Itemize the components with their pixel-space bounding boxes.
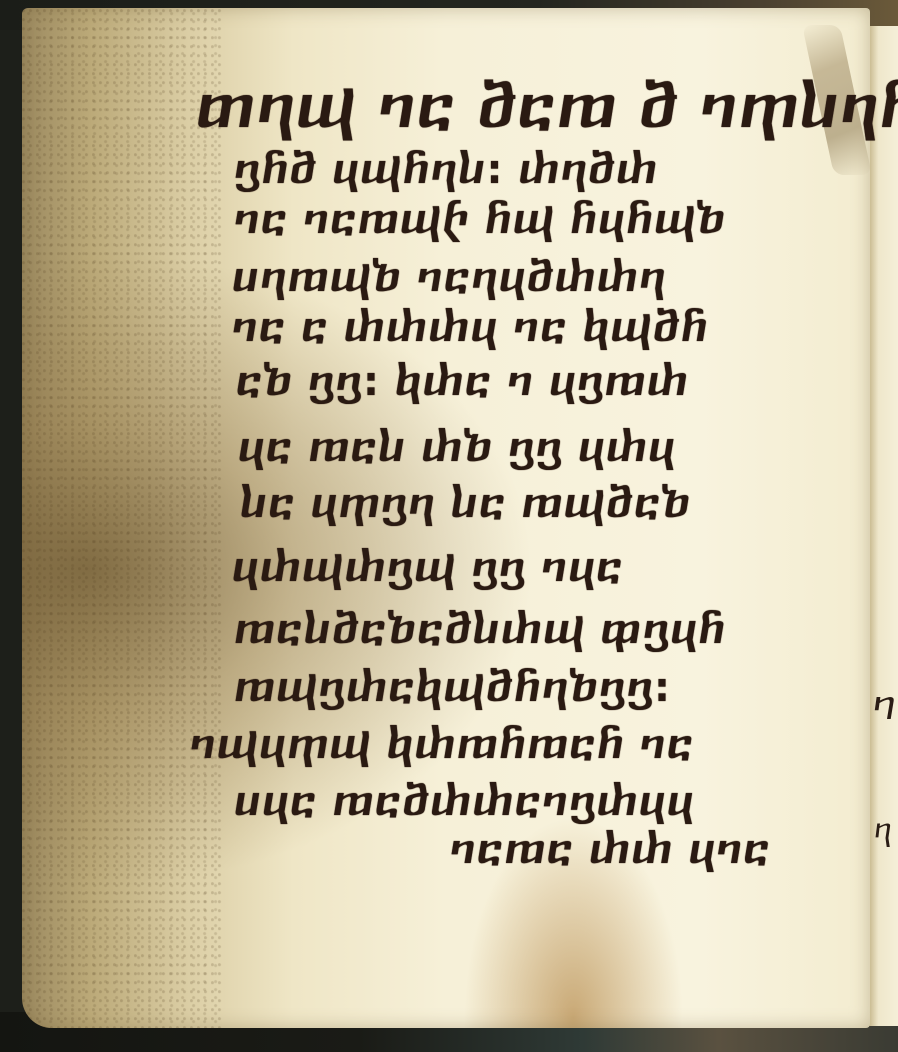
text-line-10: ⴊⴀⴑⴋⴀⴆⴀⴋⴑⴐⴓ ⴔⴂⴗⴌ bbox=[234, 610, 726, 650]
text-line-2: ⴂⴌⴋ ⴗⴓⴌⴄⴑ: ⴐⴄⴋⴐ bbox=[234, 150, 658, 190]
text-line-7: ⴗⴀ ⴊⴀⴑ ⴐⴆ ⴂⴂ ⴗⴐⴗ bbox=[238, 428, 676, 468]
text-line-3: ⴈⴀ ⴈⴀⴊⴓⴡ ⴌⴓ ⴌⴗⴌⴓⴆ bbox=[234, 200, 726, 240]
text-line-13: ⴎⴗⴀ ⴊⴀⴋⴐⴐⴀⴈⴂⴐⴗⴗ bbox=[234, 782, 695, 822]
text-line-5: ⴈⴀ ⴀ ⴐⴐⴐⴗ ⴈⴀ ⴉⴓⴋⴌ bbox=[232, 308, 709, 348]
text-line-8: ⴑⴀ ⴗⴅⴂⴄ ⴑⴀ ⴊⴓⴋⴀⴆ bbox=[240, 484, 691, 524]
manuscript-text: ⴇⴄⴓ ⴈⴀ ⴋⴀⴊ ⴋ ⴈⴅⴑⴄⴌⴓ ⴂⴌⴋ ⴗⴓⴌⴄⴑ: ⴐⴄⴋⴐ ⴈⴀ ⴈ… bbox=[0, 0, 898, 1052]
text-line-12: ⴈⴓⴗⴅⴓ ⴉⴐⴊⴌⴊⴀⴌ ⴈⴀ bbox=[190, 725, 694, 765]
text-line-1: ⴇⴄⴓ ⴈⴀ ⴋⴀⴊ ⴋ ⴈⴅⴑⴄⴌⴓ bbox=[196, 78, 898, 136]
text-line-14: ⴈⴀⴊⴀ ⴐⴐ ⴗⴈⴀ bbox=[450, 830, 771, 870]
text-line-4: ⴎⴄⴊⴓⴆ ⴈⴀⴄⴗⴋⴐⴐⴄ bbox=[232, 258, 667, 298]
text-line-9: ⴗⴐⴓⴐⴂⴓ ⴂⴂ ⴈⴗⴀ bbox=[232, 548, 624, 588]
text-line-6: ⴀⴆ ⴂⴂ: ⴉⴐⴀ ⴈ ⴗⴂⴊⴐ bbox=[236, 362, 689, 402]
text-line-11: ⴊⴓⴂⴐⴀⴉⴓⴋⴌⴄⴆⴂⴂ: bbox=[234, 668, 671, 708]
